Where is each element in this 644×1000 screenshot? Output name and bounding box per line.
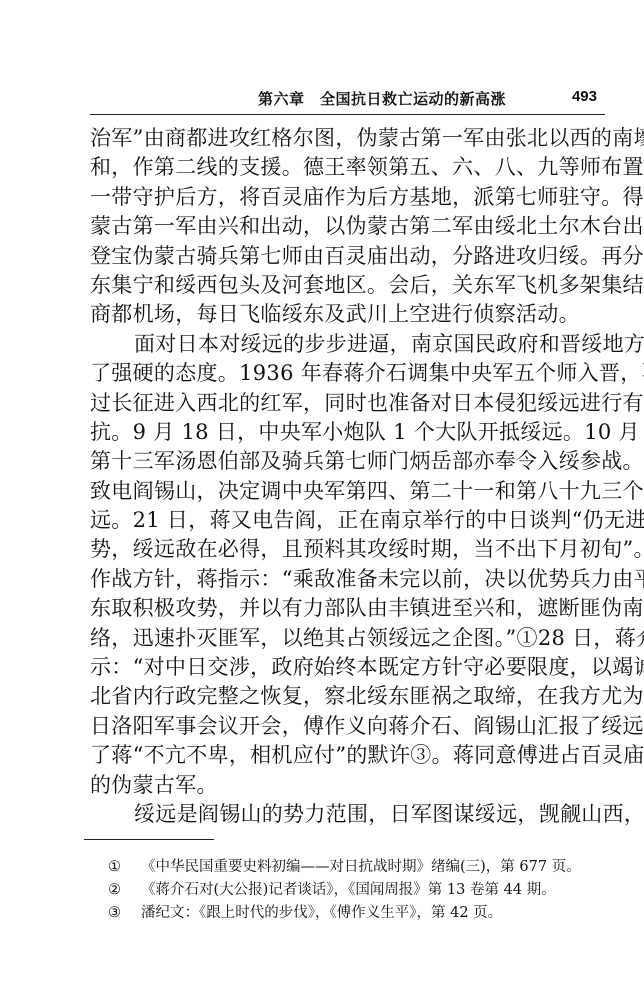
text-line: 蒙古第一军由兴和出动，以伪蒙古第二军由绥北土尔木台出动，以穆克 (90, 212, 610, 241)
footnotes: ① 《中华民国重要史料初编——对日抗战时期》绪编(三)，第 677 页。 ② 《… (108, 856, 608, 925)
text-line: 远。21 日，蒋又电告阎，正在南京举行的中日谈判“仍无进步，默察情 (90, 506, 610, 535)
footnote-marker: ③ (108, 902, 141, 925)
text-line: 抗。9 月 18 日，中央军小炮队 1 个大队开抵绥远。10 月 12 日，中央… (90, 418, 610, 447)
text-line: 致电阎锡山，决定调中央军第四、第二十一和第八十九三个师增援绥 (90, 477, 610, 506)
paragraph-start-line: 面对日本对绥远的步步进逼，南京国民政府和晋绥地方当局采取 (90, 330, 610, 359)
text-line: 商都机场，每日飞临绥东及武川上空进行侦察活动。 (90, 300, 610, 329)
text-line: 了强硬的态度。1936 年春蒋介石调集中央军五个师入晋，准备打击经 (90, 359, 610, 388)
text-line: 的伪蒙古军。 (90, 771, 610, 800)
page-header: 第六章 全国抗日救亡运动的新高涨 493 (90, 86, 605, 115)
footnote-divider (84, 839, 214, 840)
footnote-marker: ① (108, 856, 141, 879)
text-line: 了蒋“不亢不卑，相机应付”的默许③。蒋同意傅进占百灵庙，赶走德王 (90, 741, 610, 770)
footnote-marker: ② (108, 879, 141, 902)
text-line: 和，作第二线的支援。德王率领第五、六、八、九等师布置在尚义、化德 (90, 153, 610, 182)
running-title: 第六章 全国抗日救亡运动的新高涨 (258, 88, 506, 109)
text-line: 过长征进入西北的红军，同时也准备对日本侵犯绥远进行有限度的抵 (90, 389, 610, 418)
paragraph-start-line: 绥远是阎锡山的势力范围，日军图谋绥远，觊觎山西，对阎构成了 (90, 800, 610, 829)
text-line: 第十三军汤恩伯部及骑兵第七师门炳岳部亦奉令入绥参战。同日，蒋 (90, 447, 610, 476)
text-line: 势，绥远敌在必得，且预料其攻绥时期，当不出下月初旬”。关于绥远的 (90, 535, 610, 564)
text-line: 络，迅速扑灭匪军，以绝其占领绥远之企图。”①28 日，蒋介石对记者表 (90, 624, 610, 653)
footnote-3: ③ 潘纪文：《跟上时代的步伐》，《傅作义生平》，第 42 页。 (108, 902, 608, 925)
footnote-2: ② 《蒋介石对(大公报)记者谈话》，《国闻周报》第 13 卷第 44 期。 (108, 879, 608, 902)
text-line: 登宝伪蒙古骑兵第七师由百灵庙出动，分路进攻归绥。再分兵进占绥 (90, 242, 610, 271)
text-line: 一带守护后方，将百灵庙作为后方基地，派第七师驻守。得手后，以伪 (90, 183, 610, 212)
text-line: 治军”由商都进攻红格尔图，伪蒙古第一军由张北以西的南壕堑进攻兴 (90, 124, 610, 153)
footnote-text: 《蒋介石对(大公报)记者谈话》，《国闻周报》第 13 卷第 44 期。 (141, 879, 556, 902)
footnote-1: ① 《中华民国重要史料初编——对日抗战时期》绪编(三)，第 677 页。 (108, 856, 608, 879)
footnote-text: 潘纪文：《跟上时代的步伐》，《傅作义生平》，第 42 页。 (141, 902, 502, 925)
text-line: 示：“对中日交涉，政府始终本既定方针守必要限度，以竭诚周旋，而河 (90, 653, 610, 682)
text-line: 东取积极攻势，并以有力部队由丰镇进至兴和，遮断匪伪南北两路之联 (90, 594, 610, 623)
text-line: 东集宁和绥西包头及河套地区。会后，关东军飞机多架集结于张北及 (90, 271, 610, 300)
body-text: 治军”由商都进攻红格尔图，伪蒙古第一军由张北以西的南壕堑进攻兴 和，作第二线的支… (90, 124, 610, 829)
text-line: 作战方针，蒋指示：“乘敌准备未完以前，决以优势兵力由平地泉附近向 (90, 565, 610, 594)
text-line: 日洛阳军事会议开会，傅作义向蒋介石、阎锡山汇报了绥远形势，取得 (90, 712, 610, 741)
footnote-text: 《中华民国重要史料初编——对日抗战时期》绪编(三)，第 677 页。 (141, 856, 581, 879)
page-number: 493 (572, 88, 597, 105)
text-line: 北省内行政完整之恢复，察北绥东匪祸之取缔，在我方尤为必要。”②30 (90, 682, 610, 711)
